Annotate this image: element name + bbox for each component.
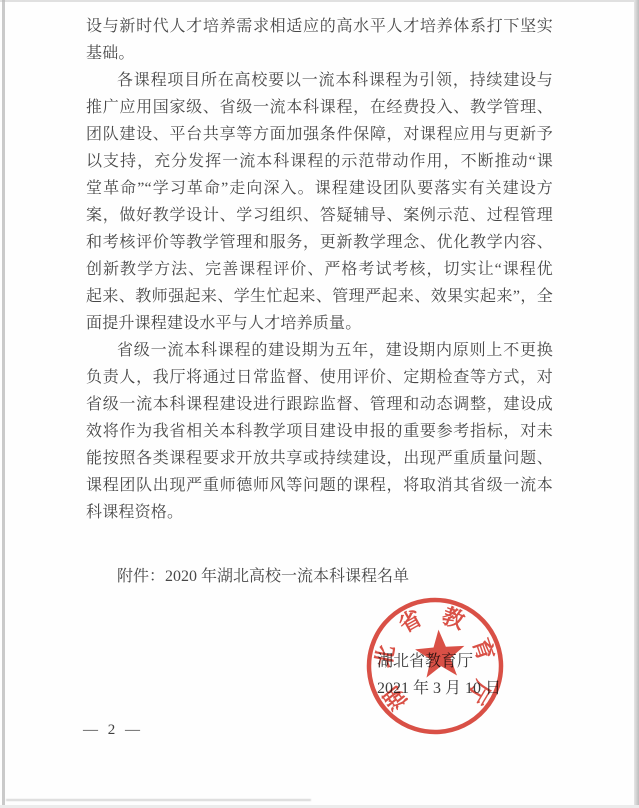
body-line: 堂革命”“学习革命”走向深入。课程建设团队要落实有关建设方 <box>86 175 553 202</box>
scan-edge-left <box>2 0 5 808</box>
scan-fold-line <box>6 799 311 801</box>
body-line: 省级一流本科课程的建设期为五年，建设期内原则上不更换 <box>86 337 553 364</box>
page-number: — 2 — <box>83 722 143 739</box>
body-line: 案，做好教学设计、学习组织、答疑辅导、案例示范、过程管理 <box>86 202 553 229</box>
body-line: 课程团队出现严重师德师风等问题的课程，将取消其省级一流本 <box>86 472 553 499</box>
scan-edge-right <box>634 0 639 808</box>
signature-date: 2021 年 3 月 10 日 <box>377 679 501 699</box>
body-line: 以支持，充分发挥一流本科课程的示范带动作用，不断推动“课 <box>86 148 553 175</box>
body-line: 基础。 <box>86 40 553 67</box>
body-text: 设与新时代人才培养需求相适应的高水平人才培养体系打下坚实 基础。 各课程项目所在… <box>86 13 553 526</box>
body-line: 效将作为我省相关本科教学项目建设申报的重要参考指标，对未 <box>86 418 553 445</box>
body-line: 团队建设、平台共享等方面加强条件保障，对课程应用与更新予 <box>86 121 553 148</box>
signature-agency: 湖北省教育厅 <box>377 652 473 672</box>
body-line: 设与新时代人才培养需求相适应的高水平人才培养体系打下坚实 <box>86 13 553 40</box>
body-line: 科课程资格。 <box>86 499 553 526</box>
body-line: 省级一流本科课程建设进行跟踪监督、管理和动态调整，建设成 <box>86 391 553 418</box>
attachment-line: 附件：2020 年湖北高校一流本科课程名单 <box>86 563 553 590</box>
body-line: 创新教学方法、完善课程评价、严格考试考核，切实让“课程优 <box>86 256 553 283</box>
seal-ring-char: 教 <box>439 603 469 635</box>
body-line: 起来、教师强起来、学生忙起来、管理严起来、效果实起来”，全 <box>86 283 553 310</box>
body-line: 负责人，我厅将通过日常监督、使用评价、定期检查等方式，对 <box>86 364 553 391</box>
body-line: 各课程项目所在高校要以一流本科课程为引领，持续建设与 <box>86 67 553 94</box>
scanned-document-page: 设与新时代人才培养需求相适应的高水平人才培养体系打下坚实 基础。 各课程项目所在… <box>0 0 639 808</box>
scan-edge-top <box>0 0 639 2</box>
body-line: 推广应用国家级、省级一流本科课程，在经费投入、教学管理、 <box>86 94 553 121</box>
body-line: 能按照各类课程要求开放共享或持续建设，出现严重质量问题、 <box>86 445 553 472</box>
body-line: 面提升课程建设水平与人才培养质量。 <box>86 310 553 337</box>
seal-ring-char: 省 <box>395 605 426 638</box>
body-line: 和考核评价等教学管理和服务，更新教学理念、优化教学内容、 <box>86 229 553 256</box>
